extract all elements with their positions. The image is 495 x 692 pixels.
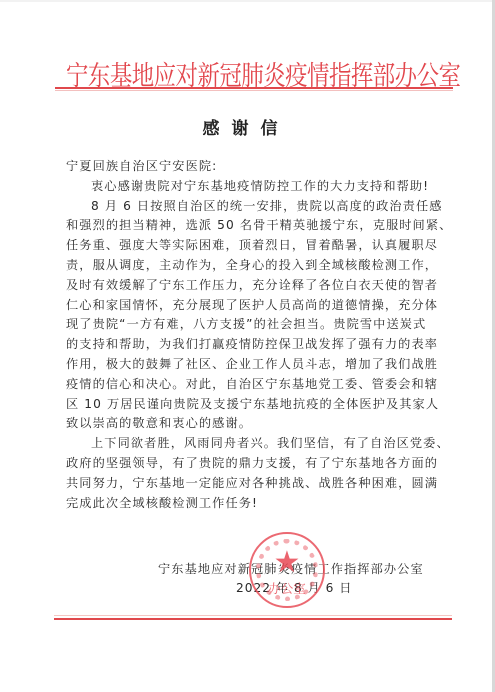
body-line: 上下同欲者胜，风雨同舟者兴。我们坚信，有了自治区党委、 — [66, 434, 426, 454]
body-line: 共同努力，宁东基地一定能应对各种挑战、战胜各种困难，圆满 — [66, 474, 426, 494]
letter-body: 宁夏回族自治区宁安医院: 衷心感谢贵院对宁东基地疫情防控工作的大力支持和帮助! … — [66, 157, 426, 513]
letterhead-red-rule-thin — [55, 90, 453, 91]
body-line: 致以崇高的敬意和衷心的感谢。 — [66, 414, 426, 434]
body-line: 及时有效缓解了宁东工作压力，充分诠释了各位白衣天使的智者 — [66, 276, 426, 296]
letter-title: 感谢信 — [0, 114, 492, 139]
body-line: 政府的坚强领导，有了贵院的鼎力支援，有了宁东基地各方面的 — [66, 454, 426, 474]
body-line: 的支持和帮助，为我们打赢疫情防控保卫战发挥了强有力的表率 — [66, 335, 426, 355]
body-line: 完成此次全域核酸检测工作任务! — [66, 494, 426, 514]
letterhead-red-rule — [55, 87, 453, 89]
body-line: 任务重、强度大等实际困难，顶着烈日，冒着酷暑，认真履职尽 — [66, 236, 426, 256]
body-line: 现了贵院“一方有难，八方支援”的社会担当。贵院雪中送炭式 — [66, 315, 426, 335]
body-line: 8 月 6 日按照自治区的统一安排，贵院以高度的政治责任感 — [66, 197, 426, 217]
seal-label: 办公室 — [251, 579, 323, 597]
official-seal: ★ 办公室 — [249, 532, 325, 608]
footer-red-rule-thin — [54, 615, 452, 616]
body-line: 责，服从调度，主动作为，全身心的投入到全域核酸检测工作， — [66, 256, 426, 276]
body-line: 区 10 万居民谨向贵院及支援宁东基地抗疫的全体医护及其家人 — [66, 395, 426, 415]
salutation: 宁夏回族自治区宁安医院: — [66, 157, 426, 177]
body-line: 仁心和家国情怀，充分展现了医护人员高尚的道德情操，充分体 — [66, 296, 426, 316]
footer-red-rule — [54, 618, 452, 620]
body-line: 和强烈的担当精神，选派 50 名骨干精英驰援宁东，克服时间紧、 — [66, 216, 426, 236]
document-page: 宁东基地应对新冠肺炎疫情指挥部办公室 感谢信 宁夏回族自治区宁安医院: 衷心感谢… — [0, 0, 492, 692]
page-top-edge — [0, 0, 492, 2]
body-line: 疫情的信心和决心。对此，自治区宁东基地党工委、管委会和辖 — [66, 375, 426, 395]
body-line: 衷心感谢贵院对宁东基地疫情防控工作的大力支持和帮助! — [66, 177, 426, 197]
star-icon: ★ — [251, 548, 323, 578]
body-line: 作用，极大的鼓舞了社区、企业工作人员斗志，增加了我们战胜 — [66, 355, 426, 375]
